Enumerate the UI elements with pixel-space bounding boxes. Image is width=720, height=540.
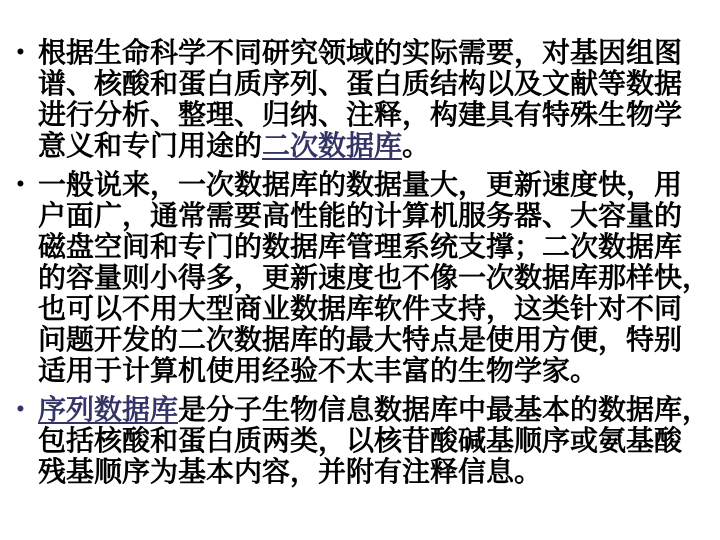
secondary-database-link[interactable]: 二次数据库 [262,131,402,162]
bullet-item: •根据生命科学不同研究领域的实际需要，对基因组图 谱、核酸和蛋白质序列、蛋白质结… [14,38,716,162]
presentation-slide: •根据生命科学不同研究领域的实际需要，对基因组图 谱、核酸和蛋白质序列、蛋白质结… [0,0,720,540]
bullet-text: 根据生命科学不同研究领域的实际需要，对基因组图 谱、核酸和蛋白质序列、蛋白质结构… [38,38,716,162]
bullet-dot: • [14,395,38,426]
bullet-list: •根据生命科学不同研究领域的实际需要，对基因组图 谱、核酸和蛋白质序列、蛋白质结… [14,38,716,488]
bullet-item: •一般说来，一次数据库的数据量大，更新速度快，用 户面广，通常需要高性能的计算机… [14,170,716,387]
bullet-dot: • [14,170,38,201]
bullet-text: 序列数据库是分子生物信息数据库中最基本的数据库， 包括核酸和蛋白质两类，以核苷酸… [38,395,716,488]
bullet-item: •序列数据库是分子生物信息数据库中最基本的数据库， 包括核酸和蛋白质两类，以核苷… [14,395,716,488]
text-run: 。 [402,131,430,162]
bullet-dot: • [14,38,38,69]
sequence-database-link[interactable]: 序列数据库 [38,395,178,426]
text-run: 一般说来，一次数据库的数据量大，更新速度快，用 户面广，通常需要高性能的计算机服… [38,170,710,387]
bullet-text: 一般说来，一次数据库的数据量大，更新速度快，用 户面广，通常需要高性能的计算机服… [38,170,716,387]
